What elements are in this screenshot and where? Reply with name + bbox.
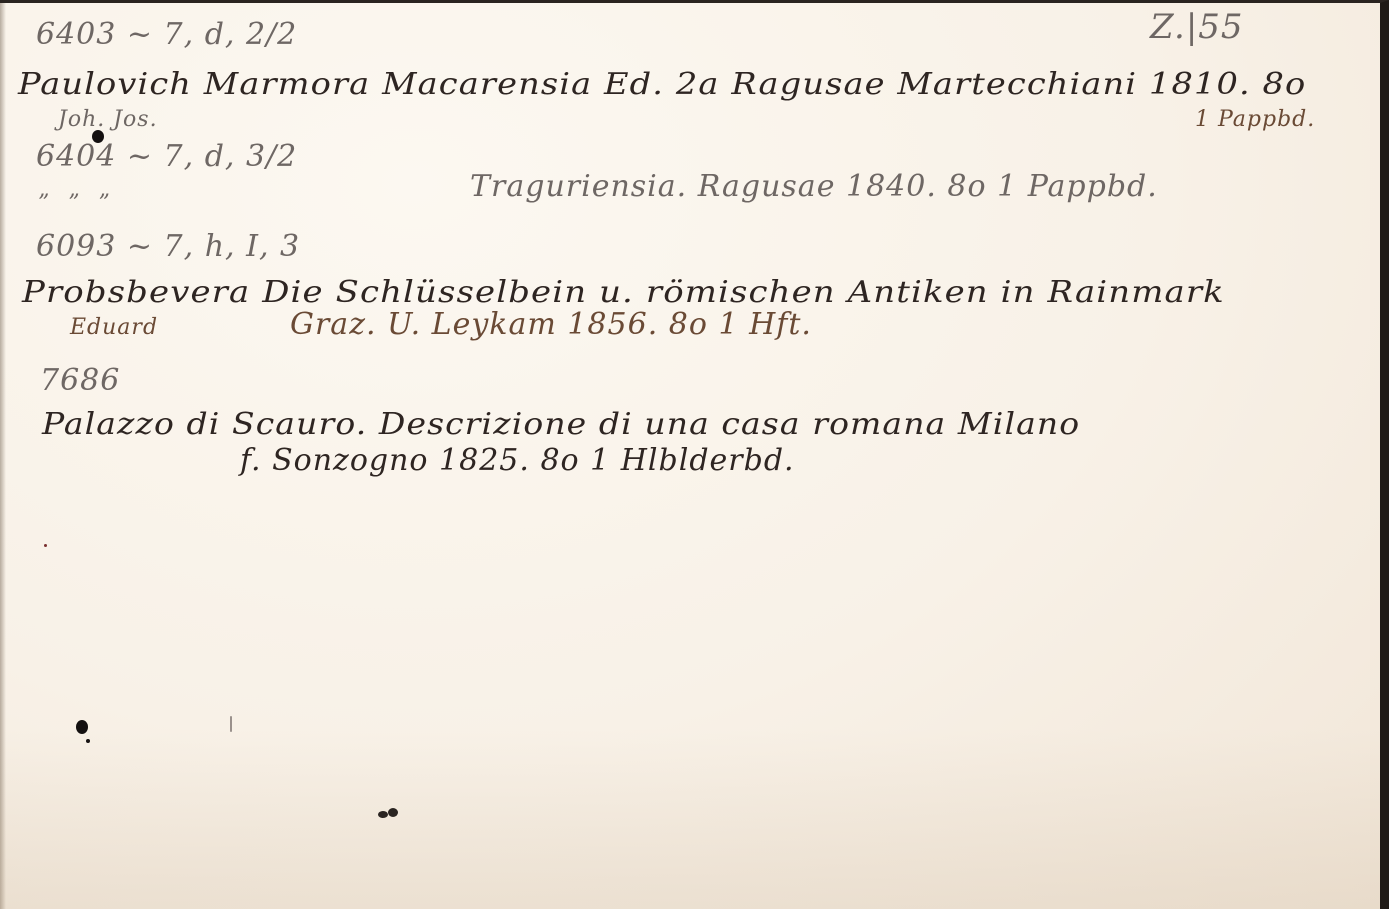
entry-6404-ditto-marks: ” ” ”	[38, 191, 116, 216]
shelf-mark-7686: 7686	[40, 363, 120, 398]
entry-7686-title: Palazzo di Scauro. Descrizione di una ca…	[42, 407, 1080, 442]
entry-7686-imprint: f. Sonzogno 1825. 8o 1 Hlblderbd.	[240, 443, 795, 478]
ink-blot	[86, 739, 90, 743]
entry-6404-title: Traguriensia. Ragusae 1840. 8o 1 Pappbd.	[470, 169, 1158, 204]
ink-blot	[378, 811, 388, 818]
shelf-mark-6093: 6093 ~ 7, h, I, 3	[36, 229, 300, 264]
ink-speck	[230, 716, 232, 732]
ink-blot	[76, 720, 88, 734]
entry-6093-author-first: Eduard	[70, 315, 158, 340]
entry-6403-title: Paulovich Marmora Macarensia Ed. 2a Ragu…	[18, 67, 1306, 102]
entry-6403-author-first: Joh. Jos.	[58, 107, 158, 132]
ink-blot	[388, 808, 398, 817]
entry-6093-imprint: Graz. U. Leykam 1856. 8o 1 Hft.	[290, 307, 812, 342]
entry-6093-title: Probsbevera Die Schlüsselbein u. römisch…	[22, 275, 1225, 310]
ink-blot	[92, 130, 104, 143]
ink-speck	[44, 544, 47, 547]
catalog-card: Z.|55 6403 ~ 7, d, 2/2 Paulovich Marmora…	[0, 0, 1389, 909]
entry-6403-binding: 1 Pappbd.	[1195, 107, 1315, 132]
corner-reference: Z.|55	[1150, 7, 1244, 47]
shelf-mark-6403: 6403 ~ 7, d, 2/2	[36, 17, 297, 52]
shelf-mark-6404: 6404 ~ 7, d, 3/2	[36, 139, 297, 174]
